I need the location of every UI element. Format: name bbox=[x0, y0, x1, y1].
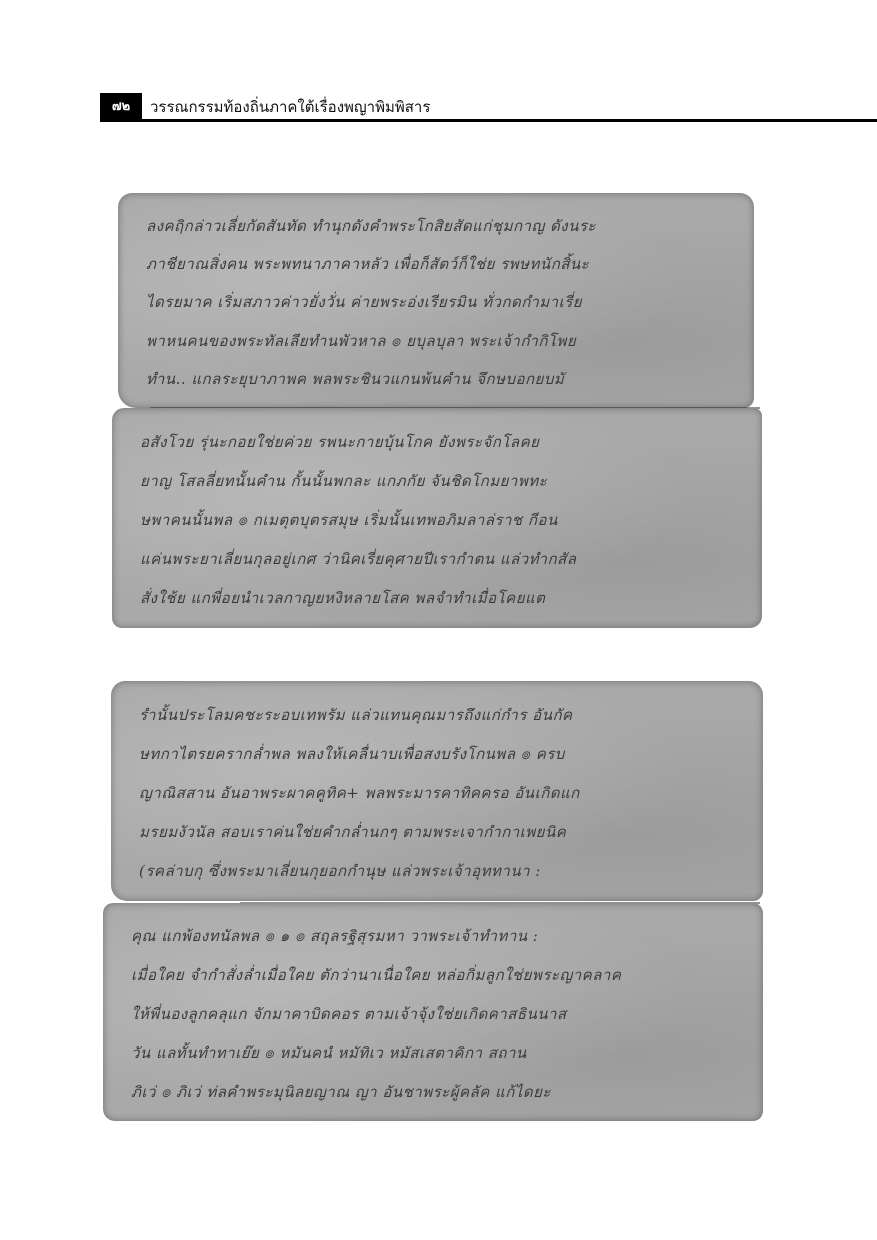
manuscript-line: ภาชียาณสิ่งคน พระพทนาภาคาหลัว เพื่อก็สัต… bbox=[146, 252, 736, 276]
manuscript-line: ลงคฤิกล่าวเลี่ยกัดสันทัด ทำนุกดังคำพระโก… bbox=[146, 214, 736, 238]
manuscript-line: แค่นพระยาเลี่ยนกุลอยู่เกศ ว่านิคเรี่ยคุศ… bbox=[140, 547, 744, 571]
manuscript-line: คุณ แกพ้องทนัลพล ๏ ๑ ๏ สฤุลรฐิสุรมหา วาพ… bbox=[131, 924, 745, 948]
header-rule bbox=[100, 119, 877, 122]
running-title: วรรณกรรมท้องถิ่นภาคใต้เรื่องพญาพิมพิสาร bbox=[150, 93, 430, 121]
manuscript-line: พาหนคนของพระทัลเลียทำนพัวหาล ๏ ยบุลบุลา … bbox=[146, 329, 736, 353]
page-header: ๗๒ วรรณกรรมท้องถิ่นภาคใต้เรื่องพญาพิมพิส… bbox=[100, 93, 877, 121]
manuscript-leaf-1-bottom: อสังโวย รุ่นะกอยใช่ยค่วย รพนะกายบุ้นโกค … bbox=[112, 408, 762, 628]
manuscript-line: ให้พี่นองลูกคลุแก จักมาคาบิดคอร ตามเจ้าจ… bbox=[131, 1002, 745, 1026]
manuscript-line: สั่งใช้ย แกพี่อยนำเวลกาญยหงิหลายโสค พลจำ… bbox=[140, 586, 744, 610]
manuscript-line: ญาณิสสาน อันอาพระผาคคูทิค+ พลพระมารคาทิค… bbox=[139, 781, 745, 805]
manuscript-line: ยาญ โสลลี่ยทนั้นคำน กั้นนั้นพกละ แกภกัย … bbox=[140, 469, 744, 493]
manuscript-leaf-1-top: ลงคฤิกล่าวเลี่ยกัดสันทัด ทำนุกดังคำพระโก… bbox=[118, 193, 754, 408]
manuscript-line: ษทกาไตรยครากล่ำพล พลงให้เคลื่นาบเพื่อสงบ… bbox=[139, 742, 745, 766]
manuscript-line: วัน แลทั้นทำทาเย๊ย ๏ หมันคนํ หมัทิเว หมั… bbox=[131, 1041, 745, 1065]
manuscript-leaf-2-bottom: คุณ แกพ้องทนัลพล ๏ ๑ ๏ สฤุลรฐิสุรมหา วาพ… bbox=[103, 903, 763, 1121]
manuscript-line: ษพาคนนั้นพล ๏ กเมตุตบุตรสมุษ เริ่มนั้นเท… bbox=[140, 508, 744, 532]
manuscript-line: ไดรยมาค เริ่มสภาวค่าวยั่งวั่น ค่ายพระอ่ง… bbox=[146, 290, 736, 314]
manuscript-line: มรยมงัวนัล สอบเราค่นใช่ยคำกล่ำนกๆ ตามพระ… bbox=[139, 820, 745, 844]
manuscript-line: (รคล่าบกุ ซึ่งพระมาเลี่ยนกุยอกกำนุษ แล่ว… bbox=[139, 859, 745, 883]
manuscript-line: รำนั้นประโลมคชะระอบเทพรัม แล่วแทนคุณมารถ… bbox=[139, 703, 745, 727]
page-number-badge: ๗๒ bbox=[100, 93, 142, 121]
manuscript-line: ทำน.. แกลระยุบาภาพค พลพระชินวแกนพ้นคำน จ… bbox=[146, 367, 736, 391]
manuscript-line: ภิเว่ ๏ ภิเว่ ท่ลคำพระมุนิลยญาณ ญา อันชา… bbox=[131, 1080, 745, 1104]
manuscript-leaf-2-top: รำนั้นประโลมคชะระอบเทพรัม แล่วแทนคุณมารถ… bbox=[111, 681, 763, 901]
manuscript-line: เมื่อใคย จำกำสั่งล่ำเมื่อใคย ตักว่านาเนื… bbox=[131, 963, 745, 987]
manuscript-line: อสังโวย รุ่นะกอยใช่ยค่วย รพนะกายบุ้นโกค … bbox=[140, 430, 744, 454]
